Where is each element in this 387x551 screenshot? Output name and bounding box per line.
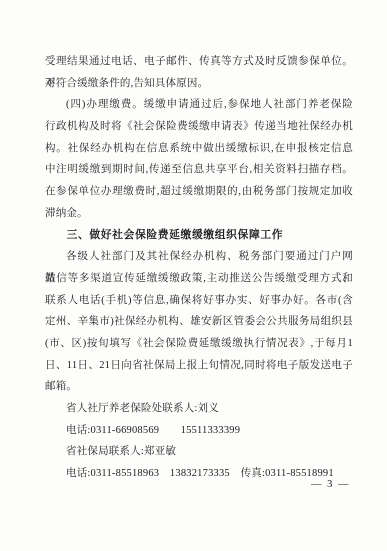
document-line: 邮箱。 <box>45 376 353 398</box>
page-number: — 3 — <box>311 477 350 493</box>
document-line: (四)办理缴费。缓缴申请通过后,参保地人社部门养老保险 <box>45 94 353 116</box>
document-line: 构。社保经办机构在信息系统中做出缓缴标识,在申报核定信息 <box>45 138 353 160</box>
document-line: 日、11日、21日向省社保局上报上旬情况,同时将电子版发送电子 <box>45 355 353 377</box>
document-line: 联系人电话(手机)等信息,确保将好事办实、好事办好。各市(含 <box>45 290 353 312</box>
document-line: 省社保局联系人:郑亚敏 <box>45 441 353 463</box>
document-line: 电话:0311-66908569 15511333399 <box>45 420 353 442</box>
document-text-block: 受理结果通过电话、电子邮件、传真等方式及时反馈参保单位。对不符合缓缴条件的,告知… <box>45 51 353 485</box>
document-line: 不符合缓缴条件的,告知具体原因。 <box>45 73 353 95</box>
document-line: 电话:0311-85518963 13832173335 传真:0311-855… <box>45 463 353 485</box>
document-line: 在参保单位办理缴费时,超过缓缴期限的,由税务部门按规定加收 <box>45 181 353 203</box>
document-line: 微信等多渠道宣传延缴缓缴政策,主动推送公告缓缴受理方式和 <box>45 268 353 290</box>
document-line: 受理结果通过电话、电子邮件、传真等方式及时反馈参保单位。对 <box>45 51 353 73</box>
document-line: 行政机构及时将《社会保险费缓缴申请表》传递当地社保经办机 <box>45 116 353 138</box>
document-line: (市、区)按旬填写《社会保险费延缴缓缴执行情况表》,于每月1 <box>45 333 353 355</box>
document-line: 中注明缓缴到期时间,传递至信息共享平台,相关资料扫描存档。 <box>45 159 353 181</box>
document-line: 定州、辛集市)社保经办机构、雄安新区管委会公共服务局组织县 <box>45 311 353 333</box>
section-heading: 三、做好社会保险费延缴缓缴组织保障工作 <box>45 225 353 247</box>
document-line: 省人社厅养老保险处联系人:刘义 <box>45 398 353 420</box>
document-page: 受理结果通过电话、电子邮件、传真等方式及时反馈参保单位。对不符合缓缴条件的,告知… <box>0 0 387 551</box>
document-line: 滞纳金。 <box>45 203 353 225</box>
document-line: 各级人社部门及其社保经办机构、税务部门要通过门户网站、 <box>45 246 353 268</box>
